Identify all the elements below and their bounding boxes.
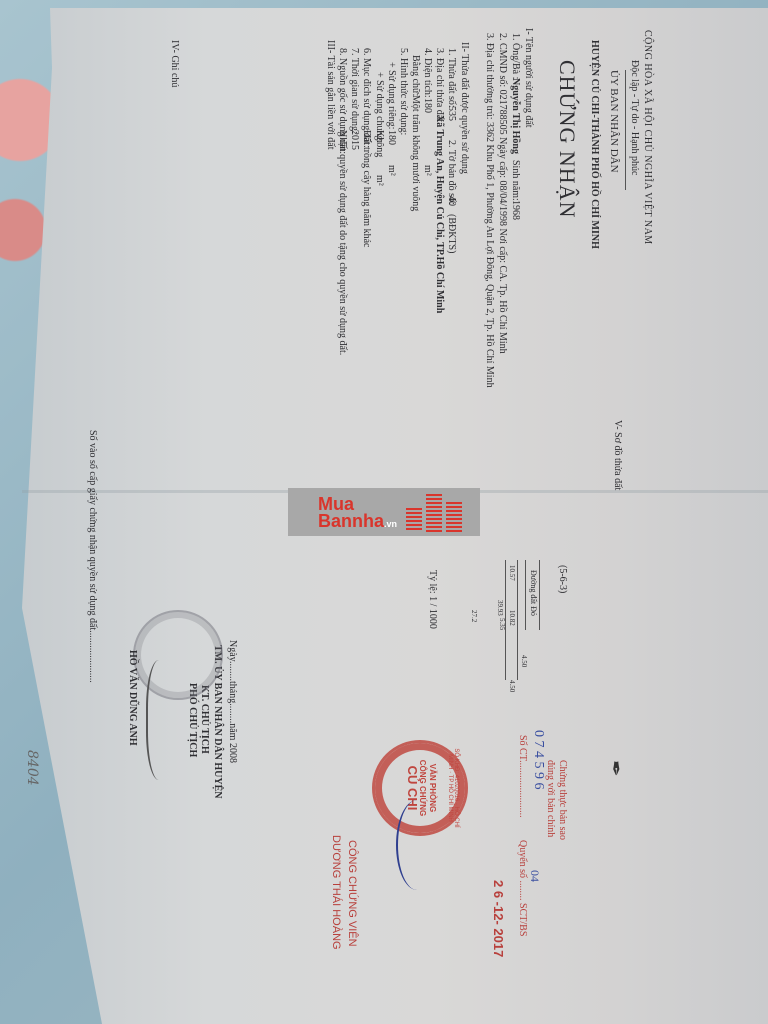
parcel-boundary xyxy=(517,560,518,680)
map-scale: Tỷ lệ: 1 / 1000 xyxy=(427,570,438,629)
term-value: 2015 xyxy=(349,130,360,150)
shared-use-unit: m² xyxy=(374,175,385,186)
dim-10-82: 10.82 xyxy=(508,610,516,626)
map-sheet-number: 40 xyxy=(446,196,457,206)
sign-date-line: Ngày........tháng........năm 2008 xyxy=(227,640,238,763)
notary-signature xyxy=(396,800,438,890)
section-iii-heading: III- Tài sản gắn liền với đất xyxy=(325,40,336,150)
motto-underline xyxy=(625,70,626,190)
official-signature xyxy=(146,660,178,780)
sign-for-chair: KT. CHỦ TỊCH xyxy=(199,685,210,754)
national-title: CỘNG HÒA XÃ HỘI CHỦ NGHĨA VIỆT NAM xyxy=(642,30,653,245)
map-reference: (5-6-3) xyxy=(557,565,568,593)
dim-10-57: 10.57 xyxy=(508,565,516,581)
notary-number-handwritten: 0 7 4 5 9 6 xyxy=(530,730,546,790)
notary-book-label: Quyển số ........ SCT/BS xyxy=(517,840,528,936)
area-unit: m² xyxy=(422,165,433,176)
private-use-unit: m² xyxy=(386,165,397,176)
land-address-value: Xã Trung An, Huyện Củ Chi, TP.Hồ Chí Min… xyxy=(434,115,445,313)
owner-name: Nguyễn Thị Hồng xyxy=(510,78,521,154)
shared-use-value: Không xyxy=(374,130,385,157)
birth-label: Sinh năm: xyxy=(510,160,521,201)
dim-39-93: 39.93 xyxy=(496,600,504,616)
section-v-heading: V- Sơ đồ thửa đất xyxy=(612,420,623,490)
section-iv-heading: IV- Ghi chú xyxy=(169,40,180,87)
logo-text-mua: Mua xyxy=(318,496,354,512)
dim-4-50: 4.50 xyxy=(520,655,528,667)
logo-text-bannha-main: Bannha xyxy=(318,511,384,531)
signer-name: HỒ VĂN DŨNG ANH xyxy=(127,650,138,746)
parcel-number: 535 xyxy=(446,106,457,121)
road-edge-line xyxy=(539,560,540,630)
area-text-label: Bằng chữ: xyxy=(410,55,421,96)
map-sheet-suffix: (BĐKTS) xyxy=(446,214,457,253)
section-ii-heading: II- Thửa đất được quyền sử dụng xyxy=(459,42,470,174)
dim-5-35: 5.35 xyxy=(498,618,506,630)
birth-year: 1968 xyxy=(510,200,521,220)
notary-date: 2 6 -12- 2017 xyxy=(491,880,506,957)
registry-line: Số vào sổ cấp giấy chứng nhận quyền sử d… xyxy=(87,430,98,683)
usage-form-label: 5. Hình thức sử dụng: xyxy=(398,48,409,135)
area-value: 180 xyxy=(422,98,433,113)
area-label: 4. Diện tích: xyxy=(422,48,433,98)
section-i-heading: I- Tên người sử dụng đất xyxy=(523,28,534,128)
building-icon xyxy=(406,506,422,530)
district-title: HUYỆN CỦ CHI-THÀNH PHỐ HỒ CHÍ MINH xyxy=(589,40,600,249)
owner-label: 1. Ông/Bà : xyxy=(510,33,521,79)
building-icon xyxy=(446,502,462,532)
land-address-label: 3. Địa chỉ thửa đất: xyxy=(434,48,445,125)
private-use-label: + Sử dụng riêng: xyxy=(386,62,397,129)
private-use-value: 180 xyxy=(386,130,397,145)
address-line: 3. Địa chỉ thường trú: 3362 Khu Phố 1, P… xyxy=(484,33,495,388)
handwritten-note: 8404 xyxy=(24,750,40,786)
pen-icon: ✒ xyxy=(603,760,628,777)
parcel-label: 1. Thửa đất số: xyxy=(446,48,457,108)
road-edge-line xyxy=(525,560,526,630)
notary-officer-title: CÔNG CHỨNG VIÊN xyxy=(346,840,358,947)
purpose-value: Đất trồng cây hàng năm khác xyxy=(361,130,372,247)
notary-certify-line1: Chứng thực bản sao xyxy=(557,760,568,840)
origin-value: Nhận quyền sử dụng đất do tặng cho quyền… xyxy=(337,130,348,355)
term-label: 7. Thời gian sử dụng: xyxy=(349,48,360,134)
road-label: Đường đất Đỏ xyxy=(529,570,538,616)
notary-officer-name: DƯƠNG THÁI HOÀNG xyxy=(330,835,342,950)
notary-book-handwritten: 04 xyxy=(527,870,542,882)
committee-title: ỦY BAN NHÂN DÂN xyxy=(608,70,620,173)
id-line: 2. CMND số: 021788505 Ngày cấp: 08/04/19… xyxy=(497,33,508,354)
doc-title: CHỨNG NHẬN xyxy=(554,60,580,218)
building-icon xyxy=(426,492,442,532)
dim-4-50-b: 4.50 xyxy=(508,680,516,692)
notary-certify-line2: đúng với bản chính xyxy=(545,760,556,837)
notary-number-prefix: Số CT....................... xyxy=(517,735,528,818)
logo-text-bannha: Bannha.vn xyxy=(318,513,397,532)
dim-27-2: 27.2 xyxy=(470,610,478,622)
notary-stamp-ring: SỐ KHĐ: 41020016 · HỒ CHÍ MINH · TP HỒ C… xyxy=(447,743,459,833)
logo-tld: .vn xyxy=(384,519,397,529)
area-text: Một trăm không mươi vuông xyxy=(410,95,421,211)
motto: Độc lập - Tự do - Hạnh phúc xyxy=(629,60,640,175)
muabannha-watermark-logo: Mua Bannha.vn xyxy=(288,488,480,536)
